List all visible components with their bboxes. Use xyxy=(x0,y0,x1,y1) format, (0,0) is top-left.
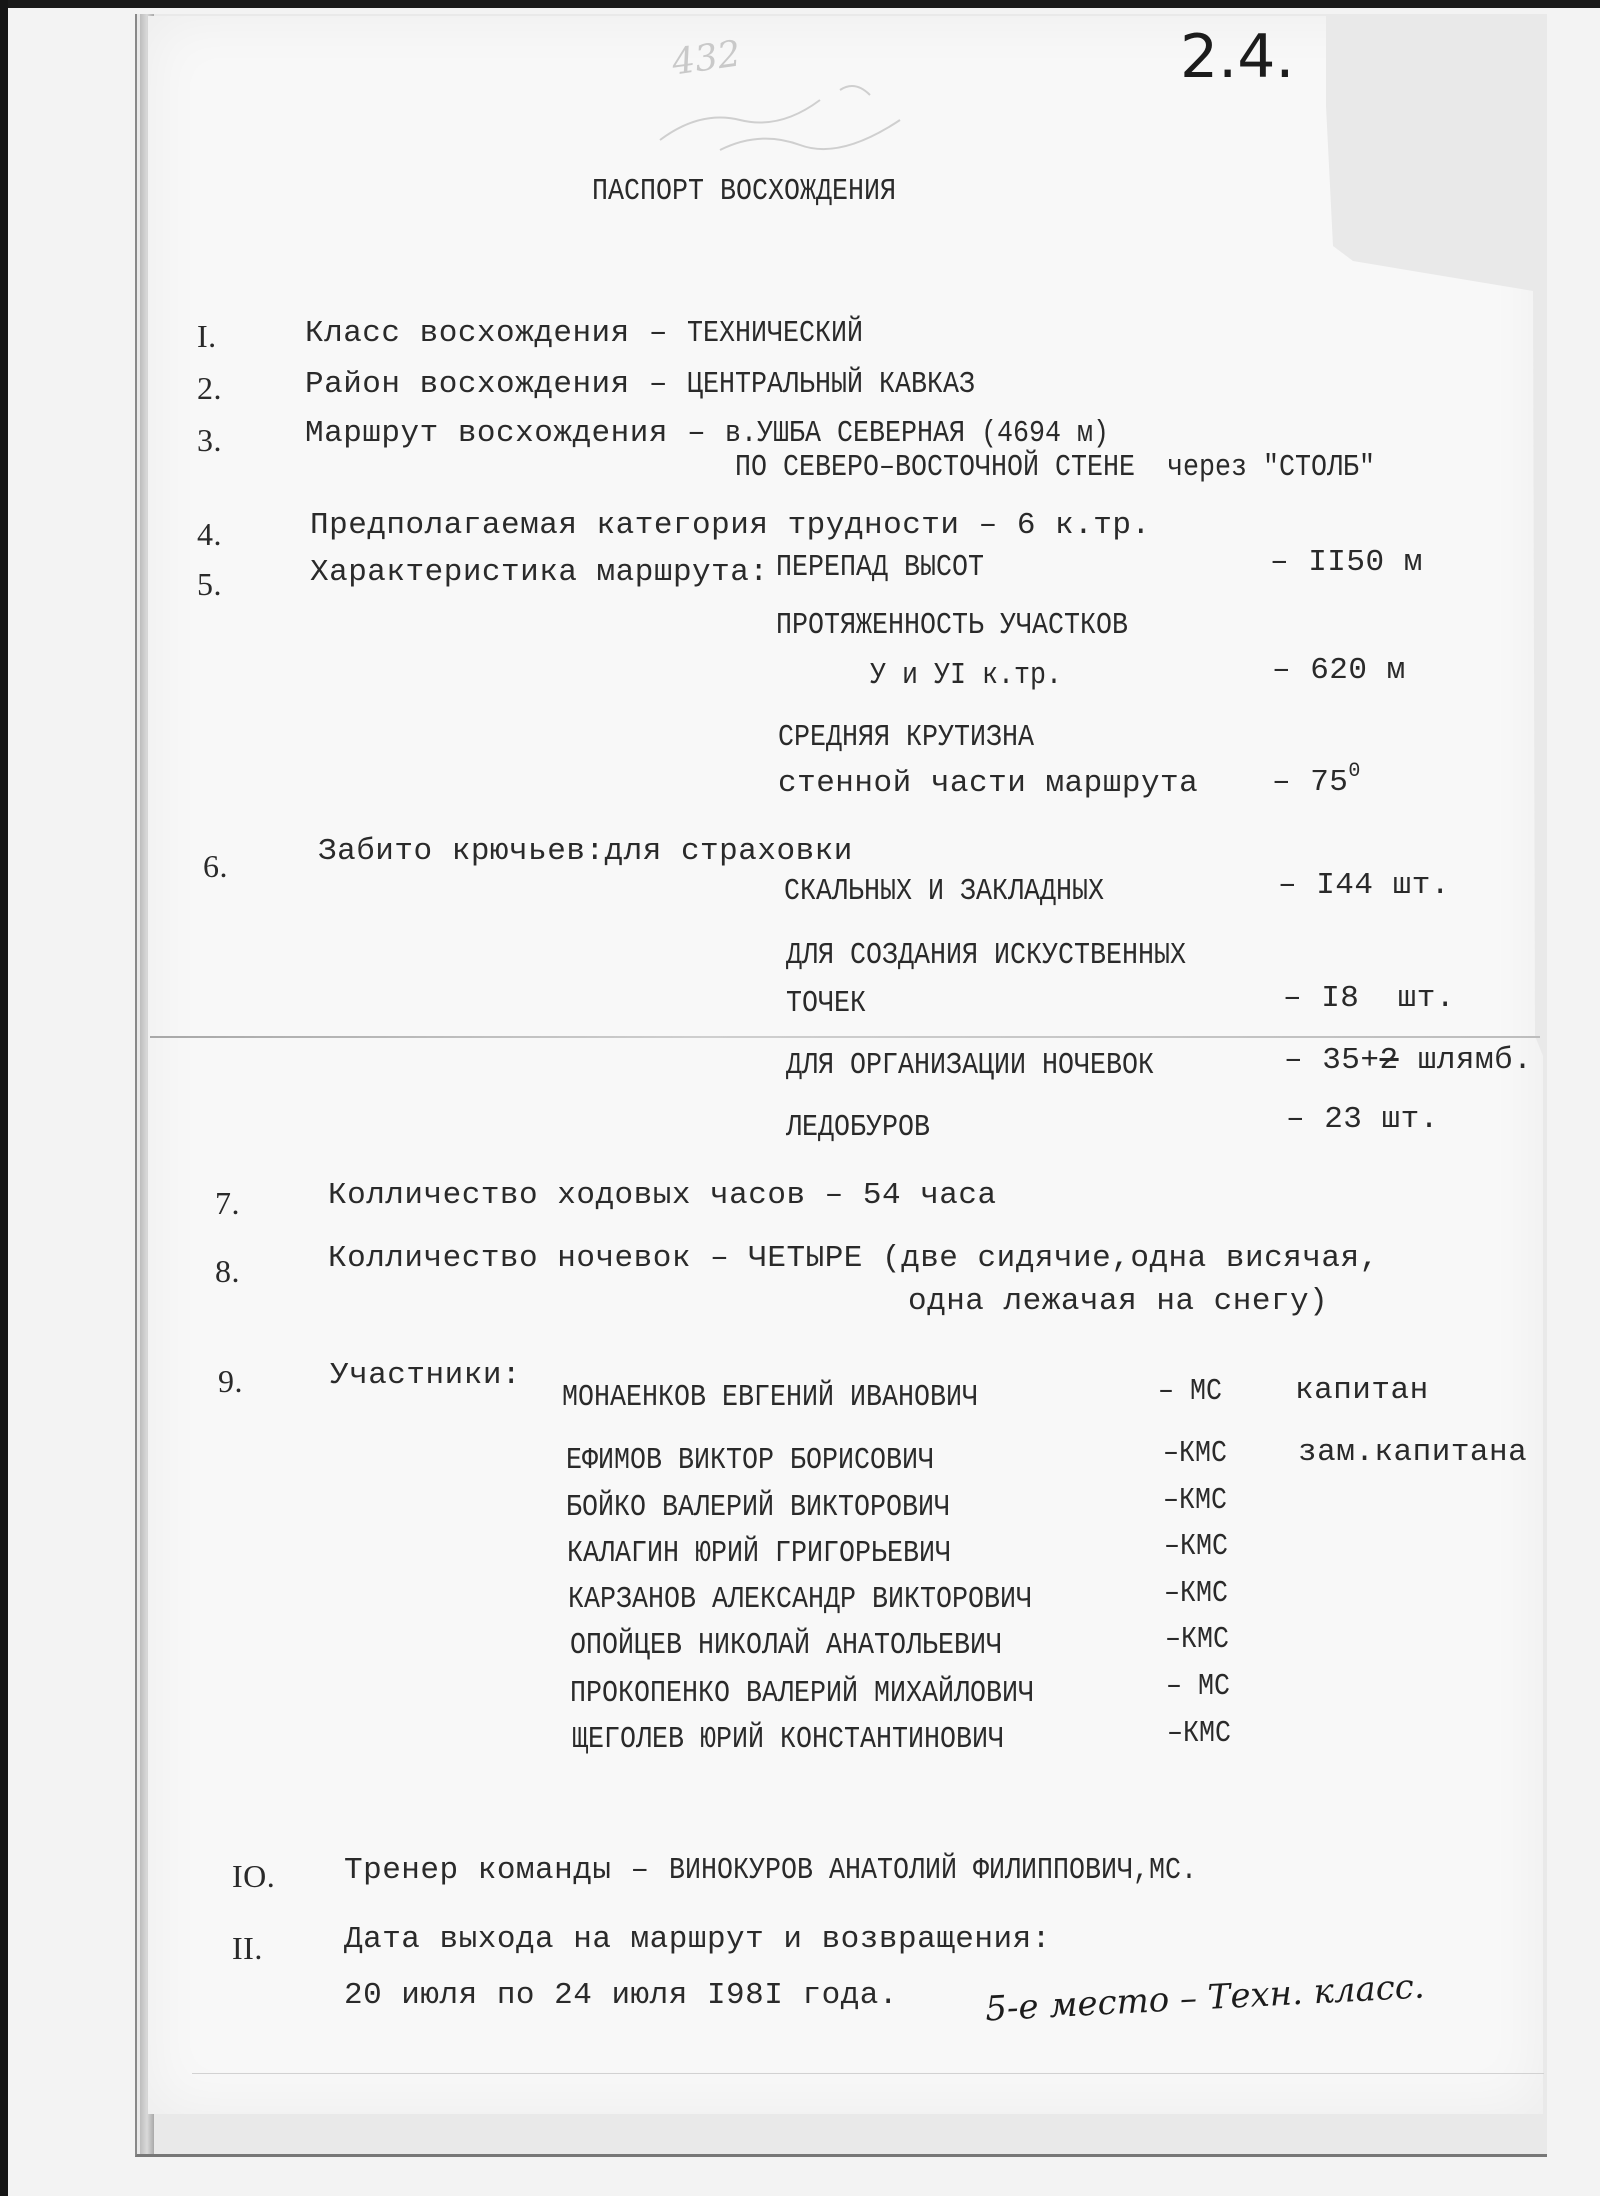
route-row-length-value: – 620 м xyxy=(1272,655,1406,686)
item-10-label: Тренер команды xyxy=(344,1853,611,1888)
route-row-elevation-value: – II50 м xyxy=(1270,547,1423,578)
route-row-length-label2: У и УI к.тр. xyxy=(870,660,1062,691)
participant-rank: –КМС xyxy=(1164,1578,1228,1609)
item-5-number: 5. xyxy=(197,568,222,600)
participant-rank: –КМС xyxy=(1167,1718,1231,1749)
item-8-line: Колличество ночевок – ЧЕТЫРЕ (две сидячи… xyxy=(328,1243,1379,1274)
fold-crease xyxy=(150,1036,1540,1038)
item-1-number: I. xyxy=(197,320,217,352)
item-8-label: Колличество ночевок xyxy=(328,1241,691,1276)
bottom-crease xyxy=(192,2073,1544,2074)
item-5-label: Характеристика маршрута: xyxy=(310,557,768,588)
item-3-value: в.УШБА СЕВЕРНАЯ (4694 м) xyxy=(725,418,1109,449)
item-10-value: ВИНОКУРОВ АНАТОЛИЙ ФИЛИППОВИЧ,МС. xyxy=(669,1855,1197,1886)
participant-role: зам.капитана xyxy=(1298,1437,1527,1468)
item-8-value: ЧЕТЫРЕ (две сидячие,одна висячая, xyxy=(748,1241,1378,1276)
item-11-dates: 20 июля по 24 июля I98I года. xyxy=(344,1980,898,2011)
pitons-artificial-label: ДЛЯ СОЗДАНИЯ ИСКУСТВЕННЫХ xyxy=(786,940,1186,971)
dash: – xyxy=(668,416,725,451)
item-6-label: Забито крючьев:для страховки xyxy=(318,836,853,867)
route-row-steepness-label: СРЕДНЯЯ КРУТИЗНА xyxy=(778,722,1034,753)
pitons-artificial-value: – I8 шт. xyxy=(1283,983,1455,1014)
ice-screws-label: ЛЕДОБУРОВ xyxy=(786,1112,930,1143)
item-7-value: 54 часа xyxy=(863,1178,997,1213)
route-row-steepness-value: – 750 xyxy=(1272,762,1361,798)
item-2-number: 2. xyxy=(197,372,222,404)
participant-name: КАРЗАНОВ АЛЕКСАНДР ВИКТОРОВИЧ xyxy=(568,1584,1032,1615)
item-1-value: ТЕХНИЧЕСКИЙ xyxy=(687,318,863,349)
item-10-number: IO. xyxy=(232,1860,275,1892)
item-4-line: Предполагаемая категория трудности – 6 к… xyxy=(310,510,1151,541)
item-4-label: Предполагаемая категория трудности xyxy=(310,508,960,543)
participant-name: ОПОЙЦЕВ НИКОЛАЙ АНАТОЛЬЕВИЧ xyxy=(570,1630,1002,1661)
item-3-value-line2: ПО СЕВЕРО–ВОСТОЧНОЙ СТЕНЕ через "СТОЛБ" xyxy=(735,452,1375,483)
item-3-number: 3. xyxy=(197,424,222,456)
page-number-annotation: 2.4. xyxy=(1180,22,1295,92)
item-2-value: ЦЕНТРАЛЬНЫЙ КАВКАЗ xyxy=(687,369,975,400)
item-6-number: 6. xyxy=(203,850,228,882)
dash: – xyxy=(806,1178,863,1213)
pitons-rock-value: – I44 шт. xyxy=(1278,870,1450,901)
participant-rank: –КМС xyxy=(1165,1624,1229,1655)
bivouac-count: – 35+ xyxy=(1284,1043,1380,1078)
steepness-number: – 75 xyxy=(1272,765,1348,800)
struck-digit: 2 xyxy=(1380,1043,1399,1078)
item-3-line: Маршрут восхождения – в.УШБА СЕВЕРНАЯ (4… xyxy=(305,418,1172,449)
item-8-value-line2: одна лежачая на снегу) xyxy=(908,1286,1328,1317)
item-2-label: Район восхождения xyxy=(305,367,630,402)
item-11-number: II. xyxy=(232,1932,263,1964)
scanner-edge-top xyxy=(0,0,1600,8)
item-3-label: Маршрут восхождения xyxy=(305,416,668,451)
item-11-label: Дата выхода на маршрут и возвращения: xyxy=(344,1924,1051,1955)
ice-screws-value: – 23 шт. xyxy=(1286,1104,1439,1135)
item-4-number: 4. xyxy=(197,518,222,550)
dash: – xyxy=(691,1241,748,1276)
item-10-line: Тренер команды – ВИНОКУРОВ АНАТОЛИЙ ФИЛИ… xyxy=(344,1855,1283,1886)
dash: – xyxy=(611,1853,668,1888)
dash: – xyxy=(960,508,1017,543)
pitons-artificial-label2: ТОЧЕК xyxy=(786,988,866,1019)
participant-name: ЕФИМОВ ВИКТОР БОРИСОВИЧ xyxy=(566,1445,934,1476)
route-row-length-label: ПРОТЯЖЕННОСТЬ УЧАСТКОВ xyxy=(776,610,1128,641)
degree-sign: 0 xyxy=(1348,760,1361,783)
participant-rank: – МС xyxy=(1166,1671,1230,1702)
pitons-bivouac-value: – 35+2 шлямб. xyxy=(1284,1045,1532,1076)
pitons-rock-label: СКАЛЬНЫХ И ЗАКЛАДНЫХ xyxy=(784,876,1104,907)
item-7-number: 7. xyxy=(215,1187,240,1219)
participant-name: МОНАЕНКОВ ЕВГЕНИЙ ИВАНОВИЧ xyxy=(562,1382,978,1413)
item-2-line: Район восхождения – ЦЕНТРАЛЬНЫЙ КАВКАЗ xyxy=(305,369,1022,400)
item-1-label: Класс восхождения xyxy=(305,316,630,351)
item-7-line: Колличество ходовых часов – 54 часа xyxy=(328,1180,997,1211)
item-1-line: Класс восхождения – ТЕХНИЧЕСКИЙ xyxy=(305,318,892,349)
bivouac-unit: шлямб. xyxy=(1399,1043,1533,1078)
participant-name: ПРОКОПЕНКО ВАЛЕРИЙ МИХАЙЛОВИЧ xyxy=(570,1678,1034,1709)
item-8-number: 8. xyxy=(215,1255,240,1287)
item-9-number: 9. xyxy=(218,1365,243,1397)
dash: – xyxy=(630,316,687,351)
participant-name: БОЙКО ВАЛЕРИЙ ВИКТОРОВИЧ xyxy=(566,1492,950,1523)
participant-rank: –КМС xyxy=(1163,1438,1227,1469)
pitons-bivouac-label: ДЛЯ ОРГАНИЗАЦИИ НОЧЕВОК xyxy=(786,1050,1154,1081)
document-title: ПАСПОРТ ВОСХОЖДЕНИЯ xyxy=(592,176,896,207)
dash: – xyxy=(630,367,687,402)
participant-name: ЩЕГОЛЕВ ЮРИЙ КОНСТАНТИНОВИЧ xyxy=(572,1724,1004,1755)
item-9-label: Участники: xyxy=(330,1360,521,1391)
item-4-value: 6 к.тр. xyxy=(1017,508,1151,543)
participant-role: капитан xyxy=(1295,1375,1429,1406)
route-row-elevation-label: ПЕРЕПАД ВЫСОТ xyxy=(776,552,984,583)
pencil-scribble-icon xyxy=(640,50,960,170)
participant-rank: – МС xyxy=(1158,1376,1222,1407)
scanner-edge-left xyxy=(0,0,8,2196)
item-7-label: Колличество ходовых часов xyxy=(328,1178,806,1213)
participant-rank: –КМС xyxy=(1163,1485,1227,1516)
participant-name: КАЛАГИН ЮРИЙ ГРИГОРЬЕВИЧ xyxy=(567,1538,951,1569)
route-row-steepness-label2: стенной части маршрута xyxy=(778,768,1198,799)
participant-rank: –КМС xyxy=(1164,1531,1228,1562)
